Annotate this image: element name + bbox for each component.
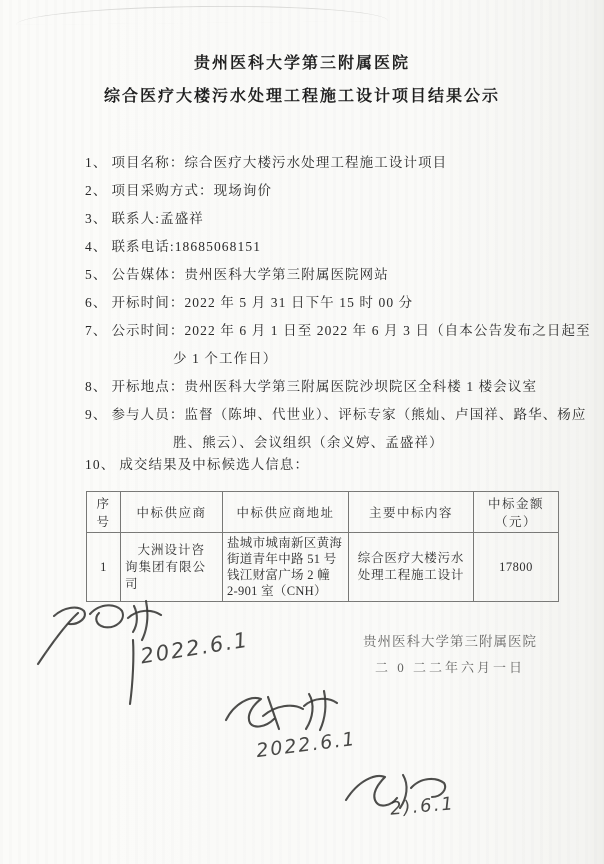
issuer-date: 二 0 二二年六月一日 xyxy=(330,657,570,676)
item-announce-media: 5、公告媒体：贵州医科大学第三附属医院网站 xyxy=(85,261,604,289)
item-text: 胜、熊云）、会议组织（余义婷、孟盛祥） xyxy=(173,435,444,450)
item-number: 2、 xyxy=(85,183,107,198)
item-text: 成交结果及中标候选人信息： xyxy=(119,457,309,472)
scanned-document-page: 贵州医科大学第三附属医院 综合医疗大楼污水处理工程施工设计项目结果公示 1、项目… xyxy=(0,0,604,864)
announcement-body: 1、项目名称：综合医疗大楼污水处理工程施工设计项目 2、项目采购方式：现场询价 … xyxy=(0,149,604,602)
cell-amount: 17800 xyxy=(474,533,559,602)
item-publicity-period: 7、公示时间：2022 年 6 月 1 日至 2022 年 6 月 3 日（自本… xyxy=(85,317,604,345)
handwritten-signature-3: 2).6.1 xyxy=(338,766,508,846)
item-number: 9、 xyxy=(85,407,107,422)
item-number: 1、 xyxy=(85,155,107,170)
item-text: 公告媒体：贵州医科大学第三附属医院网站 xyxy=(111,267,388,282)
item-number: 4、 xyxy=(85,239,107,254)
item-number: 8、 xyxy=(85,379,107,394)
item-text: 开标时间：2022 年 5 月 31 日下午 15 时 00 分 xyxy=(111,295,413,310)
issuer-org-name: 贵州医科大学第三附属医院 xyxy=(330,630,570,650)
item-contact-phone: 4、联系电话:18685068151 xyxy=(85,233,604,261)
item-text: 项目采购方式：现场询价 xyxy=(111,183,272,198)
col-header-seq: 序号 xyxy=(87,492,121,533)
signature-scribble-icon xyxy=(216,684,416,776)
item-bid-opening-time: 6、开标时间：2022 年 5 月 31 日下午 15 时 00 分 xyxy=(85,289,604,317)
table-header-row: 序号 中标供应商 中标供应商地址 主要中标内容 中标金额（元） xyxy=(87,492,559,533)
table-row: 1 大洲设计咨询集团有限公司 盐城市城南新区黄海街道青年中路 51 号钱江财富广… xyxy=(87,533,559,602)
item-contact-person: 3、联系人:孟盛祥 xyxy=(85,205,604,233)
item-bid-opening-place: 8、开标地点：贵州医科大学第三附属医院沙坝院区全科楼 1 楼会议室 xyxy=(85,373,604,401)
cell-address: 盐城市城南新区黄海街道青年中路 51 号钱江财富广场 2 幢 2-901 室（C… xyxy=(223,533,349,602)
item-text: 开标地点：贵州医科大学第三附属医院沙坝院区全科楼 1 楼会议室 xyxy=(111,379,537,394)
item-number: 3、 xyxy=(85,211,107,226)
item-number: 6、 xyxy=(85,295,107,310)
handwritten-signature-2: 2022.6.1 xyxy=(216,684,416,776)
item-text: 联系人:孟盛祥 xyxy=(111,211,203,226)
item-project-name: 1、项目名称：综合医疗大楼污水处理工程施工设计项目 xyxy=(85,149,604,177)
item-text: 联系电话:18685068151 xyxy=(111,239,261,254)
bid-result-table: 序号 中标供应商 中标供应商地址 主要中标内容 中标金额（元） 1 大洲设计咨询… xyxy=(86,491,559,602)
col-header-address: 中标供应商地址 xyxy=(223,492,349,533)
item-participants: 9、参与人员：监督（陈坤、代世业）、评标专家（熊灿、卢国祥、路华、杨应 xyxy=(85,401,604,429)
col-header-scope: 主要中标内容 xyxy=(349,492,474,533)
scan-crease-artifact xyxy=(16,4,388,25)
item-number: 10、 xyxy=(85,457,115,472)
item-text: 参与人员：监督（陈坤、代世业）、评标专家（熊灿、卢国祥、路华、杨应 xyxy=(111,407,586,422)
item-procurement-method: 2、项目采购方式：现场询价 xyxy=(85,177,604,205)
col-header-amount: 中标金额（元） xyxy=(474,492,559,533)
item-publicity-period-cont: 少 1 个工作日） xyxy=(85,345,604,373)
cell-scope: 综合医疗大楼污水处理工程施工设计 xyxy=(349,533,474,602)
item-number: 5、 xyxy=(85,267,107,282)
issuer-block: 贵州医科大学第三附属医院 二 0 二二年六月一日 xyxy=(330,630,570,676)
col-header-supplier: 中标供应商 xyxy=(121,492,223,533)
item-text: 少 1 个工作日） xyxy=(173,351,277,366)
item-text: 项目名称：综合医疗大楼污水处理工程施工设计项目 xyxy=(111,155,447,170)
doc-title-line2: 综合医疗大楼污水处理工程施工设计项目结果公示 xyxy=(0,87,604,107)
doc-title-line1: 贵州医科大学第三附属医院 xyxy=(0,54,604,74)
item-number: 7、 xyxy=(85,323,107,338)
cell-seq: 1 xyxy=(87,533,121,602)
item-text: 公示时间：2022 年 6 月 1 日至 2022 年 6 月 3 日（自本公告… xyxy=(111,323,590,338)
cell-supplier: 大洲设计咨询集团有限公司 xyxy=(121,533,223,602)
